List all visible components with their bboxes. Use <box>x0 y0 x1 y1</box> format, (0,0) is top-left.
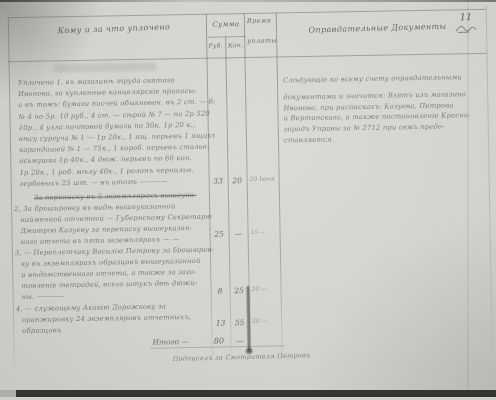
entry-1-kopecks: 20 <box>228 176 247 185</box>
scanned-ledger-page: Кому и за что уплочено Сумма Руб. Коп. В… <box>0 0 496 400</box>
scan-top-edge-shadow <box>0 0 496 2</box>
entry-2-rubles: 25 <box>210 229 229 238</box>
total-label: Итого — <box>152 337 189 347</box>
entry-line: образцовъ <box>22 323 218 337</box>
entry-4-payment-date: 20 — <box>252 318 268 325</box>
note-line: Слѣдующіе ко всему счету оправдательными <box>283 72 469 86</box>
entry-3-kopecks: 25 <box>230 286 249 295</box>
scan-bottom-left-notch <box>0 390 16 397</box>
ledger-entry-2: За переписку въ 5 экземплярахъ вышеука- … <box>20 190 217 248</box>
payee-column-header: Кому и за что уплочено <box>39 22 189 36</box>
ledger-sheet: Кому и за что уплочено Сумма Руб. Коп. В… <box>0 0 496 400</box>
page-fold-edge <box>467 0 469 390</box>
ledger-entry-3: 3, — Переплетчику Василію Петрову за бро… <box>21 245 218 303</box>
total-kopecks: — <box>230 336 249 345</box>
ledger-entry-4: 4, — служащему Акакію Дорожкову за оранж… <box>22 301 219 337</box>
entry-1-payment-date: 20 Іюня <box>250 176 275 183</box>
page-number: 11 <box>460 12 472 23</box>
total-rubles: 80 <box>209 336 228 345</box>
table-left-rule <box>8 17 15 366</box>
rub-kop-divider-rule <box>225 36 232 357</box>
entry-3-rubles: 8 <box>211 286 230 295</box>
table-right-rule <box>486 6 493 353</box>
kop-subcolumn-header: Коп. <box>226 42 245 49</box>
sum-column-header: Сумма <box>207 20 245 29</box>
entry-2-kopecks: — <box>229 229 248 238</box>
rub-subcolumn-header: Руб. <box>206 42 225 49</box>
justifying-documents-note: Слѣдующіе ко всему счету оправдательными… <box>283 72 470 146</box>
scan-bottom-edge-strip <box>0 390 496 397</box>
entry-1-rubles: 33 <box>209 176 228 185</box>
entry-3-payment-date: 20 — <box>252 286 268 293</box>
erased-pencil-smudge <box>53 63 157 73</box>
clerk-signature-line: Подписалъ за Смотрителя Петровъ <box>173 351 311 363</box>
entry-2-payment-date: 15 — <box>251 229 267 236</box>
note-line: ставляется. <box>284 132 470 146</box>
header-bottom-rule <box>9 53 487 62</box>
ledger-entry-1: Уплочено 1, въ магазинѣ труда святого Ив… <box>18 75 216 190</box>
entry-line: гербовыхъ 25 шт. — въ итогѣ ———— <box>20 175 216 190</box>
time-column-header-line2: уплаты <box>247 37 275 45</box>
documents-column-header: Оправдательные Документы <box>295 21 460 35</box>
documents-column-left-rule <box>276 12 283 356</box>
entry-4-kopecks: 55 <box>230 318 249 327</box>
entry-4-rubles: 13 <box>211 318 230 327</box>
time-column-header-line1: Время <box>247 17 275 25</box>
